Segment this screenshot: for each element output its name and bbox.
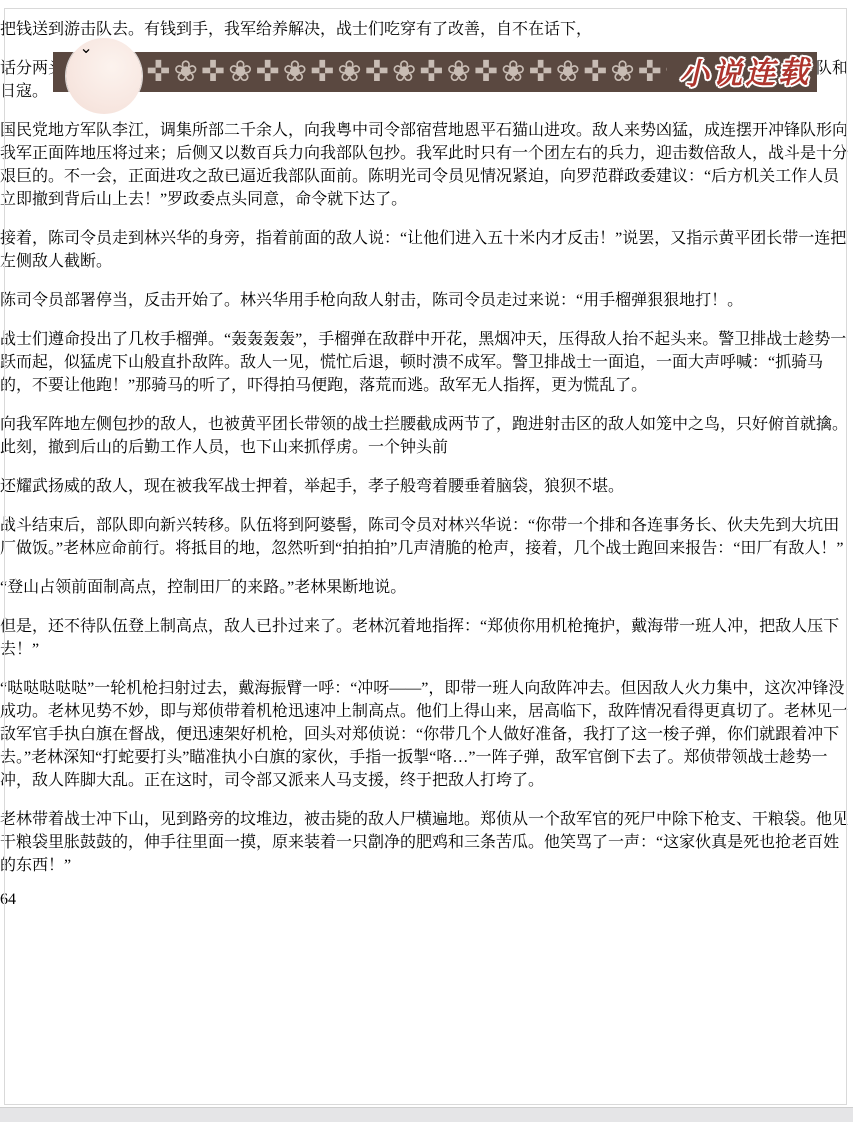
ornamental-pattern: ❀✜❀✜❀✜❀✜❀✜❀✜❀✜❀✜❀✜❀✜❀✜❀ [119, 52, 667, 92]
paragraph: “哒哒哒哒哒”一轮机枪扫射过去，戴海振臂一呼：“冲呀——”，即带一班人向敌阵冲去… [0, 675, 853, 790]
paragraph: 国民党地方军队李江，调集所部二千余人，向我粤中司令部宿营地恩平石猫山进攻。敌人来… [0, 117, 853, 209]
magazine-page: ❀✜❀✜❀✜❀✜❀✜❀✜❀✜❀✜❀✜❀✜❀✜❀ 小说连载 ⌄⌄ 把钱送到游击队去… [0, 16, 853, 909]
paragraph: “登山占领前面制高点，控制田厂的来路。”老林果断地说。 [0, 574, 853, 597]
landscape-artwork: ⌄⌄ [66, 38, 142, 114]
paragraph: 接着，陈司令员走到林兴华的身旁，指着前面的敌人说：“让他们进入五十米内才反击！”… [0, 225, 853, 271]
viewer-background-strip [0, 1107, 853, 1122]
section-title: 小说连载 [679, 47, 812, 93]
paragraph: 战士们遵命投出了几枚手榴弹。“轰轰轰轰”，手榴弹在敌群中开花，黑烟冲天，压得敌人… [0, 326, 853, 395]
paragraph: 但是，还不待队伍登上制高点，敌人已扑过来了。老林沉着地指挥：“郑侦你用机枪掩护，… [0, 613, 853, 659]
paragraph: 向我军阵地左侧包抄的敌人，也被黄平团长带领的战士拦腰截成两节了，跑进射击区的敌人… [0, 411, 853, 457]
sun-icon [117, 46, 131, 60]
paragraph: 陈司令员部署停当，反击开始了。林兴华用手枪向敌人射击，陈司令员走过来说：“用手榴… [0, 287, 853, 310]
page-number: 64 [0, 891, 853, 909]
paragraph: 还耀武扬威的敌人，现在被我军战士押着，举起手，孝子般弯着腰垂着脑袋，狼狈不堪。 [0, 473, 853, 496]
paragraph: 老林带着战士冲下山，见到路旁的坟堆边，被击毙的敌人尸横遍地。郑侦从一个敌军官的死… [0, 806, 853, 875]
text-column-right: 还耀武扬威的敌人，现在被我军战士押着，举起手，孝子般弯着腰垂着脑袋，狼狈不堪。战… [0, 473, 853, 875]
paragraph: 战斗结束后，部队即向新兴转移。队伍将到阿婆髻，陈司令员对林兴华说：“你带一个排和… [0, 512, 853, 558]
paragraph: 把钱送到游击队去。有钱到手，我军给养解决，战士们吃穿有了改善，自不在话下， [0, 16, 853, 39]
header-banner: ❀✜❀✜❀✜❀✜❀✜❀✜❀✜❀✜❀✜❀✜❀✜❀ 小说连载 [53, 52, 817, 92]
